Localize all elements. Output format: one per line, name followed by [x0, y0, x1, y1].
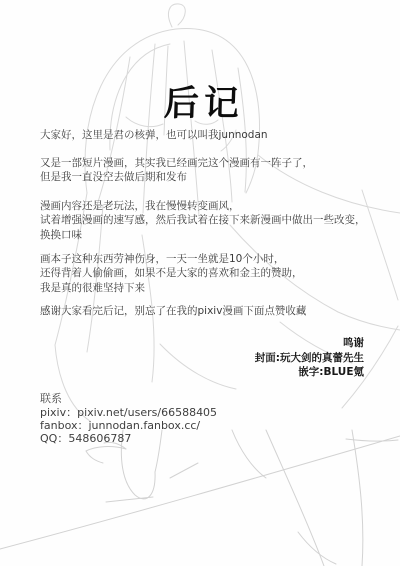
- girl-legs-sketch: [0, 430, 400, 566]
- paragraph-3: 画本子这种东西劳神伤身，一天一坐就是10个小时， 还得背着人偷偷画，如果不是大家…: [40, 252, 303, 295]
- contact-row-qq: QQ：548606787: [40, 433, 217, 446]
- contact-value: junnodan.fanbox.cc/: [88, 419, 200, 432]
- credits-heading: 鸣谢: [255, 336, 364, 351]
- contact-label: QQ：: [40, 432, 68, 445]
- paragraph-2: 漫画内容还是老玩法，我在慢慢转变画风， 试着增强漫画的速写感，然后我试着在接下来…: [40, 199, 366, 242]
- paragraph-line: 试着增强漫画的速写感，然后我试着在接下来新漫画中做出一些改变，: [40, 213, 366, 227]
- paragraph-line: 我是真的很难坚持下来: [40, 281, 303, 295]
- afterword-page: 后记 大家好，这里是君の核弹，也可以叫我junnodan 又是一部短片漫画，其实…: [0, 0, 400, 566]
- contact-label: fanbox：: [40, 419, 88, 432]
- contact-heading: 联系: [40, 392, 217, 405]
- thanks-text: 感谢大家看完后记，别忘了在我的pixiv漫画下面点赞收藏: [40, 304, 306, 318]
- paragraph-line: 换换口味: [40, 228, 366, 242]
- credit-cover-line: 封面:玩大剑的真蕾先生: [255, 351, 364, 366]
- contact-block: 联系 pixiv：pixiv.net/users/66588405 fanbox…: [40, 392, 217, 446]
- paragraph-1: 又是一部短片漫画，其实我已经画完这个漫画有一阵子了， 但是我一直没空去做后期和发…: [40, 156, 313, 185]
- paragraph-line: 漫画内容还是老玩法，我在慢慢转变画风，: [40, 199, 366, 213]
- greeting-text: 大家好，这里是君の核弹，也可以叫我junnodan: [40, 128, 268, 142]
- credit-typeset-line: 嵌字:BLUE氪: [255, 365, 364, 380]
- credits-block: 鸣谢 封面:玩大剑的真蕾先生 嵌字:BLUE氪: [255, 336, 364, 380]
- contact-value: pixiv.net/users/66588405: [77, 406, 217, 419]
- paragraph-line: 又是一部短片漫画，其实我已经画完这个漫画有一阵子了，: [40, 156, 313, 170]
- paragraph-line: 还得背着人偷偷画，如果不是大家的喜欢和金主的赞助，: [40, 266, 303, 280]
- paragraph-line: 画本子这种东西劳神伤身，一天一坐就是10个小时，: [40, 252, 303, 266]
- contact-rows: pixiv：pixiv.net/users/66588405 fanbox：ju…: [40, 407, 217, 446]
- paragraph-line: 但是我一直没空去做后期和发布: [40, 170, 313, 184]
- contact-value: 548606787: [68, 432, 131, 445]
- page-title: 后记: [163, 76, 245, 126]
- contact-label: pixiv：: [40, 406, 77, 419]
